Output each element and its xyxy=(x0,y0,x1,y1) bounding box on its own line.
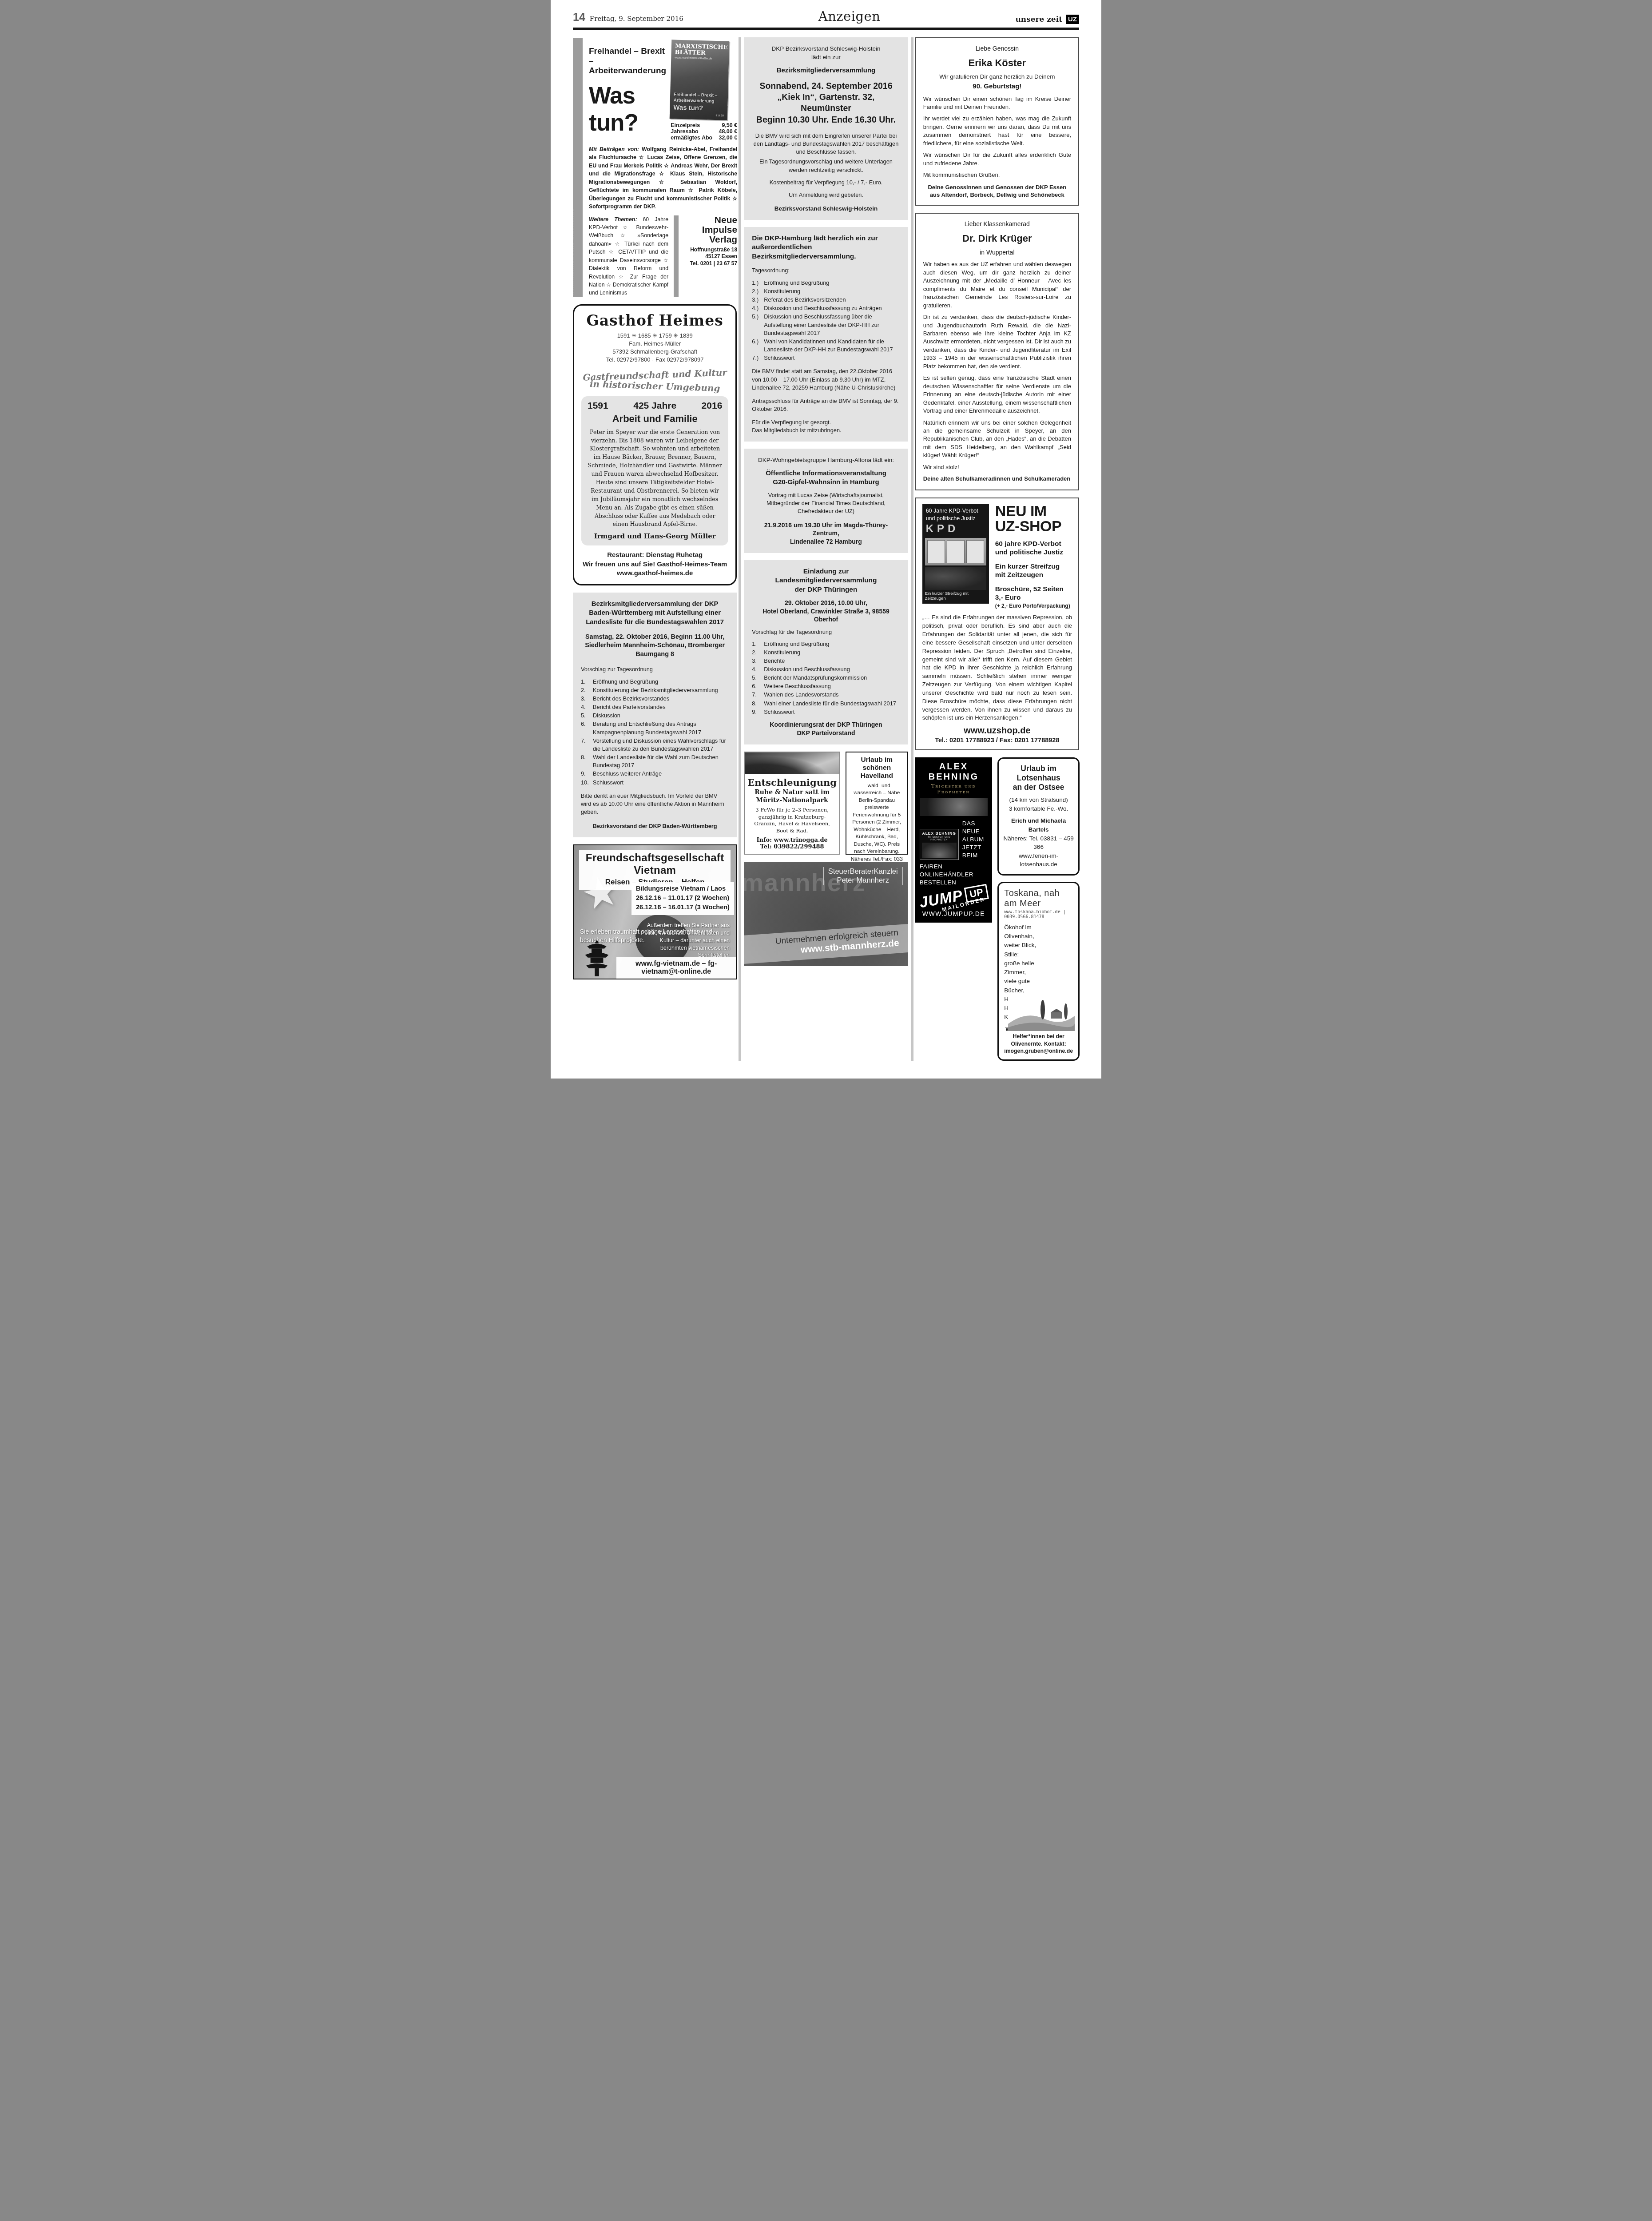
ent-url[interactable]: Info: www.trinogga.de xyxy=(756,837,827,844)
verlag-address: NeueImpulseVerlag Hoffnungstraße 18 4512… xyxy=(682,215,737,297)
hav-body: – wald- und wasserreich – Nähe Berlin-Sp… xyxy=(850,782,904,855)
ad-toskana: Toskana, nah am Meer www.toskana-biohof.… xyxy=(997,882,1080,1061)
notice-dkp-hamburg: Die DKP-Hamburg lädt herzlich ein zur au… xyxy=(744,227,908,442)
street-scene-graphic xyxy=(925,567,986,589)
gasthof-footer: Restaurant: Dienstag Ruhetag Wir freuen … xyxy=(581,551,728,578)
vietnam-footer-url[interactable]: www.fg-vietnam.de – fg-vietnam@t-online.… xyxy=(616,957,736,979)
tuscany-hill-image xyxy=(1008,993,1075,1031)
uz-logo-icon: UZ xyxy=(1066,15,1079,24)
gasthof-title: Gasthof Heimes xyxy=(581,312,728,329)
ad-steuerberater-mannherz: mannherz SteuerBeraterKanzleiPeter Mannh… xyxy=(744,862,908,966)
sh-signature: Bezirksvorstand Schleswig-Holstein xyxy=(752,204,900,213)
vertical-url-strip: www.marxistische-blaetter.de xyxy=(573,38,583,297)
hh-p3: Für die Verpflegung ist gesorgt. xyxy=(752,418,900,426)
circus-tent-image xyxy=(922,843,957,858)
middle-column: DKP Bezirksvorstand Schleswig-Holstein l… xyxy=(744,37,908,1061)
greeting-erika-koester: Liebe Genossin Erika Köster Wir gratulie… xyxy=(915,37,1079,206)
ent-title: Entschleunigung xyxy=(747,777,837,788)
marx-authors-text: Mit Beiträgen von: Wolfgang Reinicke-Abe… xyxy=(589,145,737,211)
hh-p1: Die BMV findet statt am Samstag, den 22.… xyxy=(752,367,900,391)
toskana-email[interactable]: imogen.gruben@online.de xyxy=(1004,1048,1073,1054)
hh-p2: Antragsschluss für Anträge an die BMV is… xyxy=(752,397,900,413)
krueger-lead: Lieber Klassenkamerad xyxy=(923,220,1071,229)
uzshop-price: Broschüre, 52 Seiten3,- Euro xyxy=(995,585,1072,602)
section-title: Anzeigen xyxy=(818,9,881,24)
gasthof-jubilee-box: 1591 425 Jahre 2016 Arbeit und Familie P… xyxy=(581,396,728,546)
bw-agenda-label: Vorschlag zur Tagesordnung xyxy=(581,665,729,673)
krueger-p1: Wir haben es aus der UZ erfahren und wäh… xyxy=(923,260,1071,310)
behning-cta-2: FAIREN ONLINEHÄNDLERBESTELLEN xyxy=(920,863,988,887)
koester-signature: Deine Genossinnen und Genossen der DKP E… xyxy=(923,184,1071,199)
sh-p3: Kostenbeitrag für Verpflegung 10,- / 7,-… xyxy=(752,179,900,187)
page-header: 14 Freitag, 9. September 2016 Anzeigen u… xyxy=(551,0,1101,26)
behning-portrait-photo xyxy=(920,798,988,816)
ent-info: Info: www.trinogga.de Tel: 039822/299488 xyxy=(747,837,837,850)
mannherz-slogan-band: Unternehmen erfolgreich steuern www.stb-… xyxy=(744,923,908,964)
krueger-p3: Es ist selten genug, dass eine französis… xyxy=(923,374,1071,415)
behning-cta-1: DAS NEUE ALBUM JETZT BEIM xyxy=(962,820,988,860)
uzshop-quote: „… Es sind die Erfahrungen der massiven … xyxy=(922,613,1072,722)
bw-date: Samstag, 22. Oktober 2016, Beginn 11.00 … xyxy=(581,633,729,659)
brochure-cover-image: 60 Jahre KPD-Verbotund politische Justiz… xyxy=(922,504,989,604)
koester-p1: Wir wünschen Dir einen schönen Tag im Kr… xyxy=(923,95,1071,111)
ad-havelland: Urlaub im schönen Havelland – wald- und … xyxy=(846,752,908,855)
uzshop-product-title: 60 jahre KPD-Verbotund politische Justiz xyxy=(995,540,1072,557)
bw-agenda: 1.Eröffnung und Begrüßung 2.Konstituieru… xyxy=(581,678,729,787)
column-divider xyxy=(911,37,913,1061)
gasthof-signature: Irmgard und Hans-Georg Müller xyxy=(588,532,722,540)
lots-url[interactable]: www.ferien-im-lotsenhaus.de xyxy=(1003,852,1074,869)
lots-apartments: 3 komfortable Fe.-Wo. xyxy=(1003,804,1074,813)
sh-details: Sonnabend, 24. September 2016 „Kiek In“,… xyxy=(752,81,900,126)
notice-dkp-baden-wuerttemberg: Bezirksmitgliederversammlung der DKP Bad… xyxy=(573,593,737,837)
vietnam-right-text: Außerdem treffen Sie Partner aus Politik… xyxy=(640,922,730,959)
cover-caption: Ein kurzer Streifzug mit Zeitzeugen xyxy=(922,590,989,604)
ad-marxistische-blaetter: www.marxistische-blaetter.de Freihandel … xyxy=(573,37,737,297)
koester-greet: Wir gratulieren Dir ganz herzlich zu Dei… xyxy=(923,72,1071,81)
marx-themes-text: Weitere Themen: 60 Jahre KPD-Verbot ☆ Bu… xyxy=(589,215,668,297)
price-list: Einzelpreis9,50 € Jahresabo48,00 € ermäß… xyxy=(671,122,737,141)
th-agenda: 1.Eröffnung und Begrüßung 2.Konstituieru… xyxy=(752,640,900,716)
bw-signature: Bezirksvorstand der DKP Baden-Württember… xyxy=(581,822,729,830)
ad-alex-behning: ALEX BEHNING Trickster und Propheten ALE… xyxy=(915,757,993,923)
notice-dkp-schleswig-holstein: DKP Bezirksvorstand Schleswig-Holstein l… xyxy=(744,37,908,220)
koester-lead: Liebe Genossin xyxy=(923,44,1071,53)
sh-p1: Die BMV wird sich mit dem Eingreifen uns… xyxy=(752,132,900,156)
marx-headline: Freihandel – Brexit –Arbeiterwanderung xyxy=(589,47,666,76)
uzshop-product-sub: Ein kurzer Streifzugmit Zeitzeugen xyxy=(995,562,1072,580)
koester-p2: Ihr werdet viel zu erzählen haben, was m… xyxy=(923,115,1071,147)
greeting-dirk-krueger: Lieber Klassenkamerad Dr. Dirk Krüger in… xyxy=(915,213,1079,490)
hh-agenda: 1.)Eröffnung und Begrüßung 2.)Konstituie… xyxy=(752,279,900,362)
brand-name: unsere zeit xyxy=(1015,15,1062,24)
behning-album-title: Trickster und Propheten xyxy=(920,783,988,795)
ent-subtitle: Ruhe & Natur satt imMüritz-Nationalpark xyxy=(747,789,837,804)
altona-title: Öffentliche InformationsveranstaltungG20… xyxy=(752,469,900,487)
mannherz-title: SteuerBeraterKanzleiPeter Mannherz xyxy=(823,867,903,885)
th-signature: Koordinierungsrat der DKP ThüringenDKP P… xyxy=(752,720,900,737)
page-number: 14 xyxy=(573,11,585,24)
gasthof-url[interactable]: www.gasthof-heimes.de xyxy=(617,569,693,577)
sh-org: DKP Bezirksvorstand Schleswig-Holstein xyxy=(752,44,900,53)
behning-name: ALEX BEHNING xyxy=(920,762,988,782)
uzshop-headline: NEU IMUZ-SHOP xyxy=(995,504,1072,534)
altona-speaker: Vortrag mit Lucas Zeise (Wirtschaftsjour… xyxy=(752,491,900,515)
canoe-photo xyxy=(745,752,839,774)
ad-freundschaftsgesellschaft-vietnam: ★ Freundschaftsgesellschaft Vietnam Reis… xyxy=(573,844,737,979)
uzshop-url[interactable]: www.uzshop.de xyxy=(922,726,1072,736)
ad-entschleunigung: Entschleunigung Ruhe & Natur satt imMüri… xyxy=(744,752,840,855)
hh-agenda-label: Tagesordnung: xyxy=(752,267,900,275)
th-agenda-label: Vorschlag für die Tagesordnung xyxy=(752,628,900,636)
sh-p2: Ein Tagesordnungsvorschlag und weitere U… xyxy=(752,158,900,174)
notice-dkp-altona: DKP-Wohngebietsgruppe Hamburg-Altona läd… xyxy=(744,449,908,553)
vietnam-trip-box: Bildungsreise Vietnam / Laos 26.12.16 – … xyxy=(631,882,734,915)
toskana-title: Toskana, nah am Meer xyxy=(1004,888,1073,909)
krueger-name: Dr. Dirk Krüger xyxy=(923,231,1071,245)
ent-body: 3 FeWo für je 2–3 Personen, ganzjährig i… xyxy=(747,807,837,835)
krueger-p2: Dir ist zu verdanken, dass die deutsch-j… xyxy=(923,313,1071,370)
page-content: www.marxistische-blaetter.de Freihandel … xyxy=(551,30,1101,1079)
hav-title: Urlaub im schönen Havelland xyxy=(850,756,904,780)
toskana-contact-line: www.toskana-biohof.de | 0039.0566.81478 xyxy=(1004,910,1073,919)
krueger-place: in Wuppertal xyxy=(923,248,1071,257)
hh-p4: Das Mitgliedsbuch ist mitzubringen. xyxy=(752,426,900,434)
koester-p3: Wir wünschen Dir für die Zukunft alles e… xyxy=(923,151,1071,167)
marx-vertical-url[interactable]: www.marxistische-blaetter.de xyxy=(568,208,575,295)
marx-big-title: Was tun? xyxy=(589,82,666,136)
sh-lead: lädt ein zur xyxy=(752,53,900,61)
lots-title: Urlaub im Lotsenhausan der Ostsee xyxy=(1003,764,1074,792)
notice-dkp-thueringen: Einladung zur Landesmitgliederversammlun… xyxy=(744,560,908,744)
altona-when: 21.9.2016 um 19.30 Uhr im Magda-Thürey-Z… xyxy=(752,521,900,546)
gasthof-slogan: Gastfreundschaft und Kultur in historisc… xyxy=(581,370,728,392)
right-column: Liebe Genossin Erika Köster Wir gratulie… xyxy=(915,37,1079,1061)
left-column: www.marxistische-blaetter.de Freihandel … xyxy=(573,37,737,1061)
lots-tel: Näheres: Tel. 03831 – 459 366 xyxy=(1003,834,1074,852)
gasthof-meta: 1591 ✳ 1685 ✳ 1759 ✳ 1839 Fam. Heimes-Mü… xyxy=(581,332,728,364)
newspaper-page: 14 Freitag, 9. September 2016 Anzeigen u… xyxy=(551,0,1101,1079)
bw-title: Bezirksmitgliederversammlung der DKP Bad… xyxy=(581,600,729,627)
decor-bar xyxy=(674,215,679,297)
krueger-signature: Deine alten Schulkameradinnen und Schulk… xyxy=(923,475,1071,483)
koester-birthday: 90. Geburtstag! xyxy=(923,82,1071,91)
ad-uz-shop: 60 Jahre KPD-Verbotund politische Justiz… xyxy=(915,498,1079,751)
bw-note: Bitte denkt an euer Mitgliedsbuch. Im Vo… xyxy=(581,792,729,816)
shop-window-graphic xyxy=(925,538,986,565)
sh-p4: Um Anmeldung wird gebeten. xyxy=(752,191,900,199)
page-date: Freitag, 9. September 2016 xyxy=(590,15,683,23)
koester-p4: Mit kommunistischen Grüßen, xyxy=(923,171,1071,179)
ad-lotsenhaus: Urlaub im Lotsenhausan der Ostsee (14 km… xyxy=(997,757,1080,876)
magazine-cover-image: MARXISTISCHEBLÄTTER www.marxistische-bla… xyxy=(670,40,730,120)
uzshop-shipping-note: (+ 2,- Euro Porto/Verpackung) xyxy=(995,603,1072,609)
kpd-sign: KPD xyxy=(922,523,989,535)
th-title: Einladung zur Landesmitgliederversammlun… xyxy=(752,567,900,594)
lots-distance: (14 km von Stralsund) xyxy=(1003,796,1074,804)
hh-title: Die DKP-Hamburg lädt herzlich ein zur au… xyxy=(752,234,900,261)
behning-album-cover: ALEX BEHNING TRICKSTER UND PROPHETEN xyxy=(920,829,959,860)
koester-name: Erika Köster xyxy=(923,56,1071,70)
altona-lead: DKP-Wohngebietsgruppe Hamburg-Altona läd… xyxy=(752,456,900,464)
th-when: 29. Oktober 2016, 10.00 Uhr,Hotel Oberla… xyxy=(752,599,900,624)
krueger-p5: Wir sind stolz! xyxy=(923,463,1071,471)
pagoda-icon xyxy=(581,939,613,978)
gasthof-history-text: Peter im Speyer war die erste Generation… xyxy=(588,428,722,529)
lots-names: Erich und Michaela Bartels xyxy=(1003,816,1074,834)
krueger-p4: Natürlich erinnern wir uns bei einer sol… xyxy=(923,419,1071,460)
sh-meeting: Bezirksmitgliederversammlung xyxy=(752,66,900,75)
uzshop-tel: Tel.: 0201 17788923 / Fax: 0201 17788928 xyxy=(922,737,1072,744)
ad-gasthof-heimes: Gasthof Heimes 1591 ✳ 1685 ✳ 1759 ✳ 1839… xyxy=(573,304,737,585)
